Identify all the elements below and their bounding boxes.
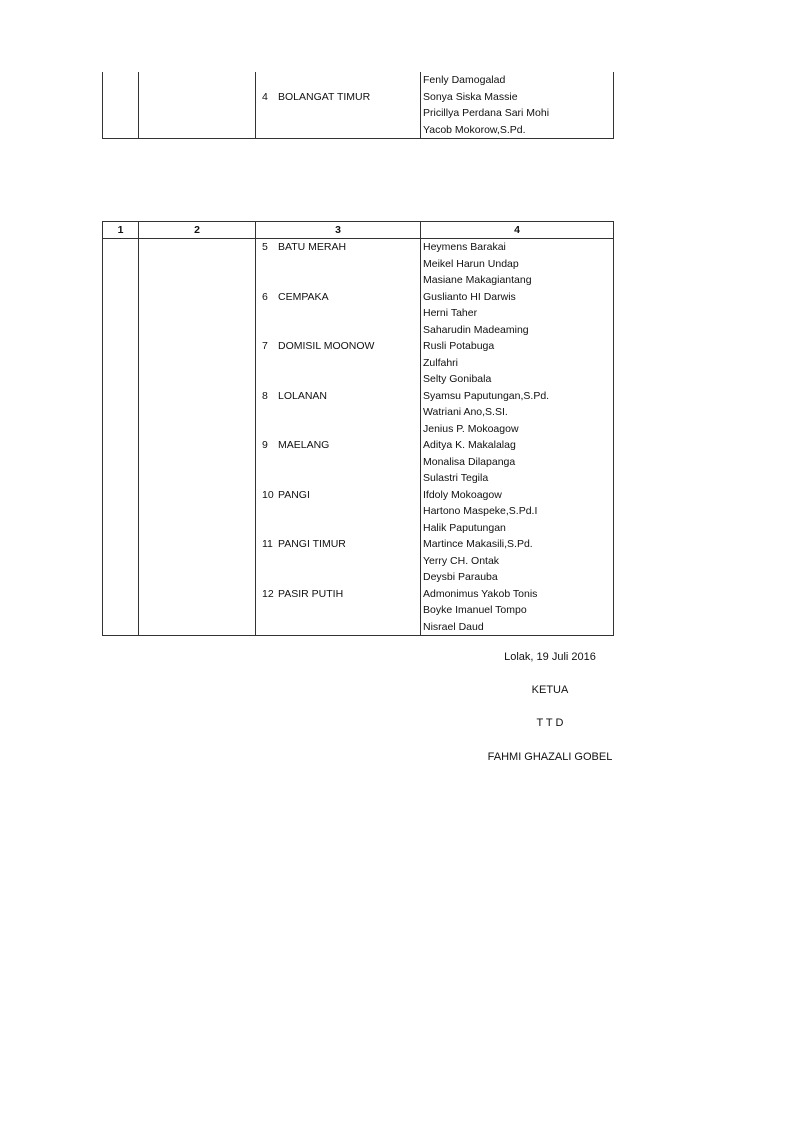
table-row: 12PASIR PUTIHAdmonimus Yakob Tonis bbox=[103, 586, 614, 603]
table-row: 7DOMISIL MOONOWRusli Potabuga bbox=[103, 338, 614, 355]
table-row: Zulfahri bbox=[103, 355, 614, 372]
village-cell bbox=[256, 72, 421, 89]
village-cell: 5BATU MERAH bbox=[256, 239, 421, 256]
village-cell bbox=[256, 503, 421, 520]
table-row: 4BOLANGAT TIMURSonya Siska Massie bbox=[103, 89, 614, 106]
village-number: 11 bbox=[262, 536, 278, 553]
table-row: Yacob Mokorow,S.Pd. bbox=[103, 122, 614, 139]
cell-col1 bbox=[103, 404, 139, 421]
cell-col2 bbox=[139, 289, 256, 306]
cell-col1 bbox=[103, 72, 139, 89]
table-row: Watriani Ano,S.SI. bbox=[103, 404, 614, 421]
village-cell bbox=[256, 371, 421, 388]
signature-place-date: Lolak, 19 Juli 2016 bbox=[470, 651, 630, 663]
member-name: Saharudin Madeaming bbox=[421, 322, 614, 339]
member-name: Boyke Imanuel Tompo bbox=[421, 602, 614, 619]
member-name: Sonya Siska Massie bbox=[421, 89, 614, 106]
member-name: Yerry CH. Ontak bbox=[421, 553, 614, 570]
table-row: Meikel Harun Undap bbox=[103, 256, 614, 273]
table-row: Halik Paputungan bbox=[103, 520, 614, 537]
cell-col1 bbox=[103, 272, 139, 289]
village-cell: 4BOLANGAT TIMUR bbox=[256, 89, 421, 106]
table-row: Boyke Imanuel Tompo bbox=[103, 602, 614, 619]
column-header-3: 3 bbox=[256, 222, 421, 239]
cell-col2 bbox=[139, 105, 256, 122]
cell-col2 bbox=[139, 305, 256, 322]
cell-col2 bbox=[139, 122, 256, 139]
table-row: Yerry CH. Ontak bbox=[103, 553, 614, 570]
cell-col2 bbox=[139, 388, 256, 405]
village-number: 9 bbox=[262, 437, 278, 454]
member-table: 1 2 3 4 5BATU MERAHHeymens BarakaiMeikel… bbox=[102, 221, 614, 636]
cell-col2 bbox=[139, 520, 256, 537]
village-number: 5 bbox=[262, 239, 278, 256]
cell-col2 bbox=[139, 454, 256, 471]
member-name: Syamsu Paputungan,S.Pd. bbox=[421, 388, 614, 405]
village-name: LOLANAN bbox=[278, 390, 327, 402]
cell-col2 bbox=[139, 437, 256, 454]
member-name: Rusli Potabuga bbox=[421, 338, 614, 355]
cell-col1 bbox=[103, 322, 139, 339]
table-row: Pricillya Perdana Sari Mohi bbox=[103, 105, 614, 122]
village-name: MAELANG bbox=[278, 439, 329, 451]
table-row: Fenly Damogalad bbox=[103, 72, 614, 89]
table-row: 5BATU MERAHHeymens Barakai bbox=[103, 239, 614, 256]
village-cell: 6CEMPAKA bbox=[256, 289, 421, 306]
cell-col1 bbox=[103, 454, 139, 471]
cell-col1 bbox=[103, 602, 139, 619]
table-row: Nisrael Daud bbox=[103, 619, 614, 636]
member-name: Watriani Ano,S.SI. bbox=[421, 404, 614, 421]
member-name: Sulastri Tegila bbox=[421, 470, 614, 487]
village-name: CEMPAKA bbox=[278, 291, 329, 303]
cell-col1 bbox=[103, 437, 139, 454]
village-cell bbox=[256, 322, 421, 339]
cell-col1 bbox=[103, 89, 139, 106]
cell-col2 bbox=[139, 503, 256, 520]
cell-col2 bbox=[139, 338, 256, 355]
cell-col2 bbox=[139, 536, 256, 553]
village-cell bbox=[256, 421, 421, 438]
cell-col2 bbox=[139, 272, 256, 289]
village-cell bbox=[256, 602, 421, 619]
village-cell: 8LOLANAN bbox=[256, 388, 421, 405]
cell-col1 bbox=[103, 487, 139, 504]
village-cell bbox=[256, 305, 421, 322]
village-name: BATU MERAH bbox=[278, 241, 346, 253]
village-cell bbox=[256, 404, 421, 421]
member-name: Yacob Mokorow,S.Pd. bbox=[421, 122, 614, 139]
member-name: Hartono Maspeke,S.Pd.I bbox=[421, 503, 614, 520]
village-cell bbox=[256, 355, 421, 372]
village-number: 12 bbox=[262, 586, 278, 603]
cell-col1 bbox=[103, 586, 139, 603]
member-name: Pricillya Perdana Sari Mohi bbox=[421, 105, 614, 122]
cell-col1 bbox=[103, 256, 139, 273]
village-cell bbox=[256, 553, 421, 570]
table-row: Selty Gonibala bbox=[103, 371, 614, 388]
table-row: Monalisa Dilapanga bbox=[103, 454, 614, 471]
cell-col2 bbox=[139, 72, 256, 89]
member-name: Heymens Barakai bbox=[421, 239, 614, 256]
member-name: Jenius P. Mokoagow bbox=[421, 421, 614, 438]
member-name: Admonimus Yakob Tonis bbox=[421, 586, 614, 603]
member-name: Herni Taher bbox=[421, 305, 614, 322]
table-row: 11PANGI TIMURMartince Makasili,S.Pd. bbox=[103, 536, 614, 553]
village-cell bbox=[256, 454, 421, 471]
member-name: Zulfahri bbox=[421, 355, 614, 372]
table-row: Saharudin Madeaming bbox=[103, 322, 614, 339]
table-row: 6CEMPAKAGuslianto HI Darwis bbox=[103, 289, 614, 306]
member-name: Monalisa Dilapanga bbox=[421, 454, 614, 471]
member-name: Fenly Damogalad bbox=[421, 72, 614, 89]
table-row: Herni Taher bbox=[103, 305, 614, 322]
cell-col2 bbox=[139, 89, 256, 106]
village-number: 8 bbox=[262, 388, 278, 405]
village-cell bbox=[256, 520, 421, 537]
cell-col1 bbox=[103, 105, 139, 122]
cell-col2 bbox=[139, 404, 256, 421]
cell-col2 bbox=[139, 239, 256, 256]
village-name: PANGI bbox=[278, 489, 310, 501]
member-name: Deysbi Parauba bbox=[421, 569, 614, 586]
village-cell bbox=[256, 105, 421, 122]
village-number: 10 bbox=[262, 487, 278, 504]
column-header-4: 4 bbox=[421, 222, 614, 239]
cell-col2 bbox=[139, 553, 256, 570]
member-name: Nisrael Daud bbox=[421, 619, 614, 636]
cell-col2 bbox=[139, 355, 256, 372]
village-cell bbox=[256, 619, 421, 636]
cell-col1 bbox=[103, 520, 139, 537]
table-row: Jenius P. Mokoagow bbox=[103, 421, 614, 438]
village-cell: 10PANGI bbox=[256, 487, 421, 504]
village-cell bbox=[256, 470, 421, 487]
table-row: Hartono Maspeke,S.Pd.I bbox=[103, 503, 614, 520]
member-name: Selty Gonibala bbox=[421, 371, 614, 388]
cell-col1 bbox=[103, 122, 139, 139]
cell-col1 bbox=[103, 470, 139, 487]
cell-col1 bbox=[103, 338, 139, 355]
village-name: BOLANGAT TIMUR bbox=[278, 91, 370, 103]
signature-position: KETUA bbox=[470, 684, 630, 696]
cell-col2 bbox=[139, 569, 256, 586]
cell-col2 bbox=[139, 256, 256, 273]
village-number: 4 bbox=[262, 89, 278, 106]
village-cell: 11PANGI TIMUR bbox=[256, 536, 421, 553]
cell-col2 bbox=[139, 470, 256, 487]
cell-col2 bbox=[139, 421, 256, 438]
village-cell bbox=[256, 272, 421, 289]
cell-col1 bbox=[103, 305, 139, 322]
cell-col1 bbox=[103, 388, 139, 405]
cell-col1 bbox=[103, 619, 139, 636]
village-cell bbox=[256, 122, 421, 139]
village-cell bbox=[256, 569, 421, 586]
village-cell: 9MAELANG bbox=[256, 437, 421, 454]
member-name: Aditya K. Makalalag bbox=[421, 437, 614, 454]
cell-col1 bbox=[103, 503, 139, 520]
cell-col1 bbox=[103, 536, 139, 553]
member-name: Masiane Makagiantang bbox=[421, 272, 614, 289]
village-cell: 12PASIR PUTIH bbox=[256, 586, 421, 603]
table-row: 10PANGIIfdoly Mokoagow bbox=[103, 487, 614, 504]
cell-col2 bbox=[139, 322, 256, 339]
signature-signed-mark: T T D bbox=[470, 717, 630, 729]
cell-col1 bbox=[103, 553, 139, 570]
cell-col1 bbox=[103, 421, 139, 438]
village-cell bbox=[256, 256, 421, 273]
village-name: DOMISIL MOONOW bbox=[278, 340, 374, 352]
cell-col2 bbox=[139, 487, 256, 504]
village-number: 6 bbox=[262, 289, 278, 306]
table-row: 9MAELANGAditya K. Makalalag bbox=[103, 437, 614, 454]
header-row: 1 2 3 4 bbox=[103, 222, 614, 239]
cell-col1 bbox=[103, 289, 139, 306]
table-row: Masiane Makagiantang bbox=[103, 272, 614, 289]
cell-col2 bbox=[139, 371, 256, 388]
continuation-table: Fenly Damogalad4BOLANGAT TIMURSonya Sisk… bbox=[102, 72, 614, 139]
member-name: Ifdoly Mokoagow bbox=[421, 487, 614, 504]
cell-col1 bbox=[103, 239, 139, 256]
cell-col2 bbox=[139, 602, 256, 619]
member-name: Halik Paputungan bbox=[421, 520, 614, 537]
column-header-2: 2 bbox=[139, 222, 256, 239]
signature-name: FAHMI GHAZALI GOBEL bbox=[470, 751, 630, 763]
village-name: PANGI TIMUR bbox=[278, 538, 346, 550]
member-name: Guslianto HI Darwis bbox=[421, 289, 614, 306]
village-number: 7 bbox=[262, 338, 278, 355]
village-name: PASIR PUTIH bbox=[278, 588, 343, 600]
table-row: Sulastri Tegila bbox=[103, 470, 614, 487]
cell-col2 bbox=[139, 619, 256, 636]
village-cell: 7DOMISIL MOONOW bbox=[256, 338, 421, 355]
table-row: Deysbi Parauba bbox=[103, 569, 614, 586]
column-header-1: 1 bbox=[103, 222, 139, 239]
cell-col1 bbox=[103, 569, 139, 586]
cell-col2 bbox=[139, 586, 256, 603]
cell-col1 bbox=[103, 371, 139, 388]
cell-col1 bbox=[103, 355, 139, 372]
member-name: Meikel Harun Undap bbox=[421, 256, 614, 273]
member-name: Martince Makasili,S.Pd. bbox=[421, 536, 614, 553]
table-row: 8LOLANANSyamsu Paputungan,S.Pd. bbox=[103, 388, 614, 405]
